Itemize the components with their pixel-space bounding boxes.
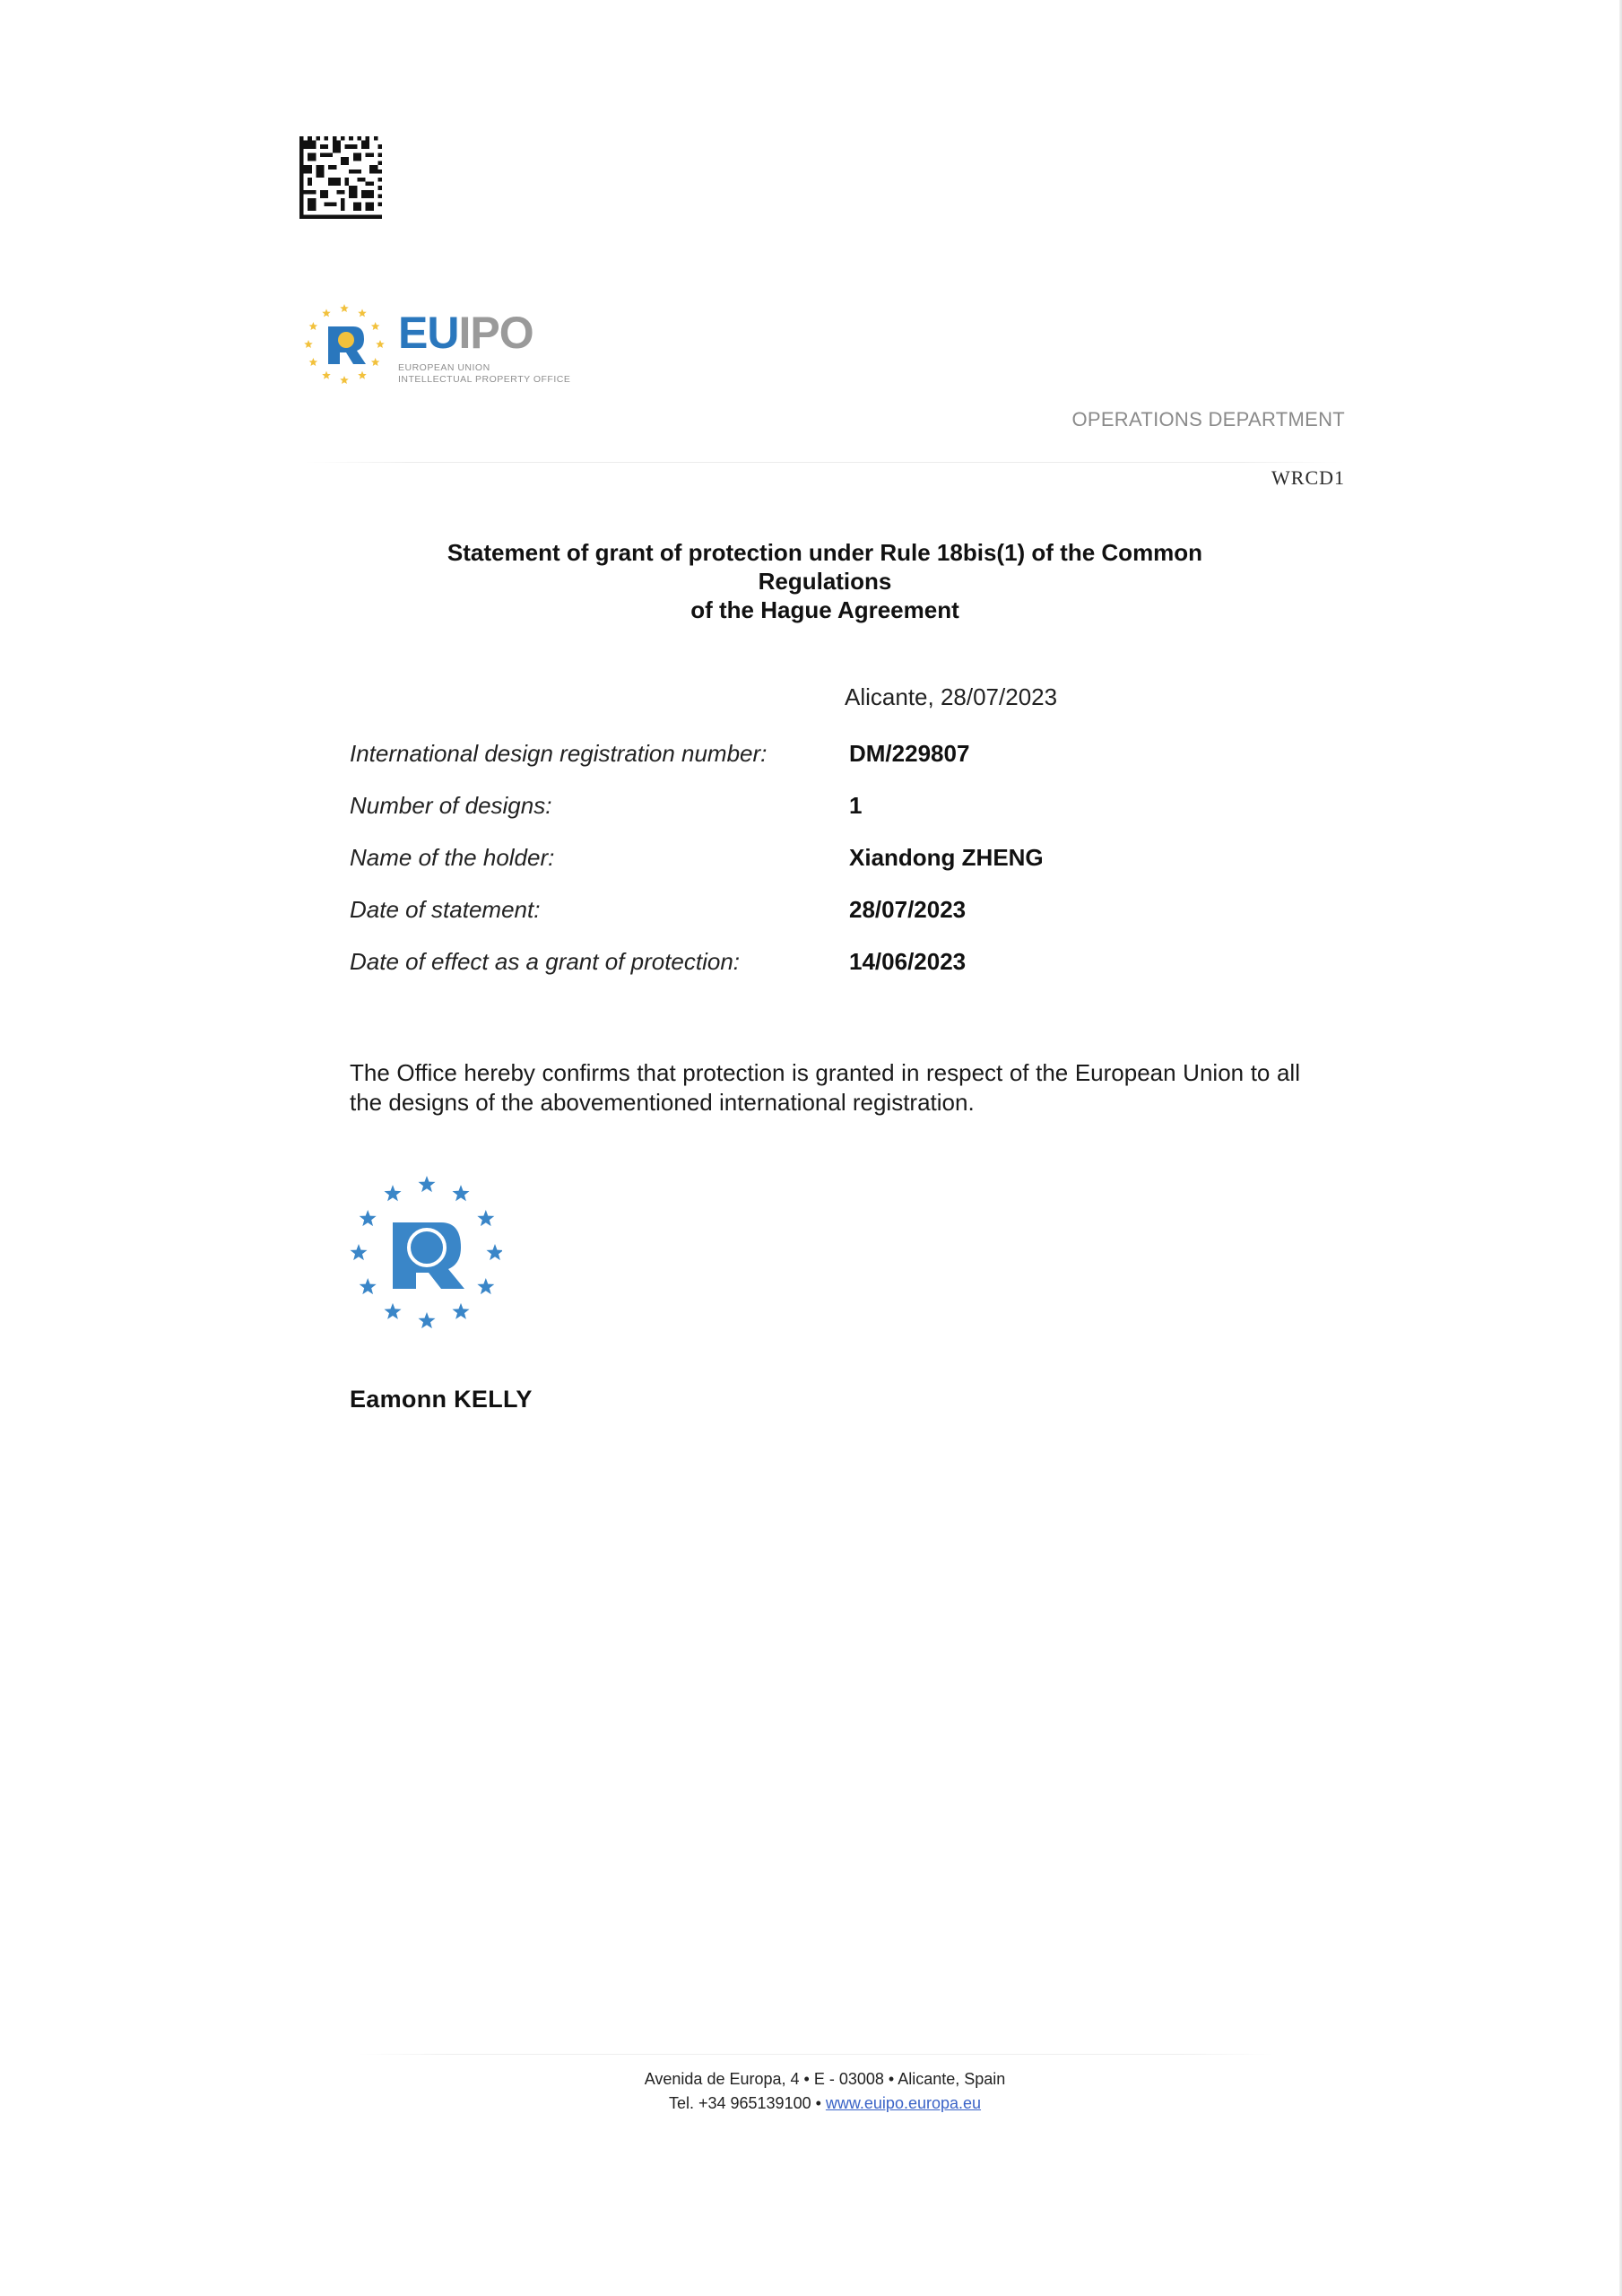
field-number-of-designs: Number of designs: 1 [350,792,1246,844]
field-statement-date: Date of statement: 28/07/2023 [350,896,1246,948]
euipo-full-name: EUROPEAN UNION INTELLECTUAL PROPERTY OFF… [398,362,570,385]
signatory-name: Eamonn KELLY [350,1386,533,1413]
footer-divider [359,2054,1273,2055]
euipo-seal-icon [350,1170,502,1332]
reference-code: WRCD1 [1271,466,1345,490]
field-effect-date: Date of effect as a grant of protection:… [350,948,1246,1000]
registration-details: International design registration number… [350,740,1246,1000]
footer-phone: Tel. +34 965139100 • [669,2094,826,2112]
field-holder-name: Name of the holder: Xiandong ZHENG [350,844,1246,896]
footer-address: Avenida de Europa, 4 • E - 03008 • Alica… [538,2067,1112,2092]
euipo-wordmark: EUIPO [398,310,533,355]
website-link[interactable]: www.euipo.europa.eu [826,2094,981,2112]
datamatrix-code-icon [299,136,382,219]
footer-contact: Tel. +34 965139100 • www.euipo.europa.eu [538,2092,1112,2116]
place-and-date: Alicante, 28/07/2023 [845,683,1057,711]
euipo-logo: EUIPO EUROPEAN UNION INTELLECTUAL PROPER… [301,301,606,391]
euipo-logo-icon [301,301,387,387]
footer: Avenida de Europa, 4 • E - 03008 • Alica… [538,2067,1112,2116]
field-registration-number: International design registration number… [350,740,1246,792]
header-divider [305,462,1345,463]
document-title: Statement of grant of protection under R… [395,538,1255,624]
statement-paragraph: The Office hereby confirms that protecti… [350,1058,1300,1118]
department-label: OPERATIONS DEPARTMENT [1071,408,1345,431]
